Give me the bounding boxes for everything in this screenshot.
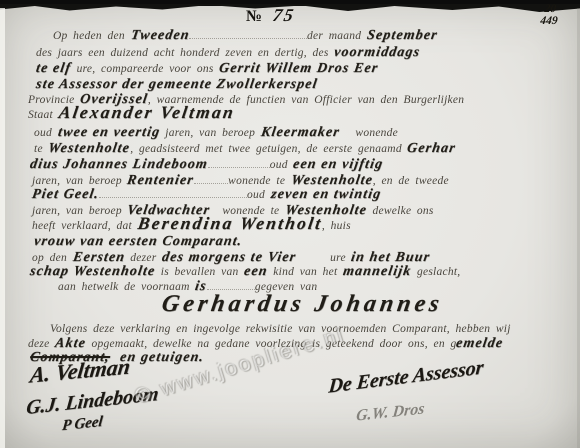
fill-in-blank	[207, 279, 255, 290]
handwritten-text: Westenholte	[47, 142, 131, 156]
fill-in-blank	[296, 251, 330, 261]
handwritten-text: te elf	[35, 62, 72, 76]
printed-form-text: jaren, van beroep	[160, 127, 261, 139]
deed-line: te elf ure, compareerde voor ons Gerrit …	[36, 60, 378, 76]
deed-line: heeft verklaard, dat Berendina Wentholt,…	[32, 215, 351, 233]
document-number-value: 75	[271, 5, 297, 26]
fill-in-blank	[208, 157, 270, 168]
handwritten-text: Gerhardus Johannes	[160, 292, 445, 316]
document-number-label: №	[246, 8, 263, 25]
handwritten-text: een en vijftig	[292, 158, 384, 172]
handwritten-text: Gerhar	[406, 142, 457, 156]
handwritten-text: Tweeden	[129, 29, 190, 43]
folio-note-bottom: 449	[540, 15, 559, 27]
signature-geel: P Geel	[61, 414, 103, 436]
handwritten-text: Berendina Wentholt	[136, 215, 323, 233]
fill-in-blank	[194, 173, 228, 184]
deed-line: des jaars een duizend acht honderd zeven…	[36, 44, 420, 60]
printed-form-text: wonende	[355, 127, 398, 139]
deed-line: ste Assessor der gemeente Zwollerkerspel	[36, 76, 317, 92]
handwritten-text: twee en veertig	[57, 126, 161, 140]
handwritten-text: zeven en twintig	[270, 188, 382, 202]
deed-line: dius Johannes Lindeboomoud een en vijfti…	[30, 156, 383, 172]
deed-line: schap Westenholte is bevallen van een ki…	[30, 263, 460, 279]
deed-line: Piet Geel.oud zeven en twintig	[32, 186, 381, 202]
printed-form-text: Volgens deze verklaring en ingevolge rek…	[50, 323, 511, 335]
fill-in-blank	[189, 28, 307, 39]
handwritten-text: emelde	[455, 337, 504, 351]
handwritten-text: ste Assessor der gemeente Zwollerkerspel	[35, 78, 319, 92]
printed-form-text: , en de tweede	[373, 175, 449, 187]
deed-line: Volgens deze verklaring en ingevolge rek…	[50, 320, 511, 336]
handwritten-text: Gerrit Willem Dros Eer	[218, 62, 379, 76]
printed-form-text: der maand	[307, 30, 367, 42]
printed-form-text: Op heden den	[53, 30, 131, 42]
deed-line: Staat Alexander Veltman	[28, 104, 234, 122]
printed-form-text: oud	[270, 159, 294, 171]
document-number: № 75	[246, 5, 295, 26]
printed-form-text: des jaars een duizend acht honderd zeven…	[36, 47, 334, 59]
deed-line: vrouw van eersten Comparant.	[34, 233, 242, 249]
fill-in-blank	[339, 126, 355, 136]
scanned-deed-page: № 75 20 449 Op heden den Tweedender maan…	[0, 0, 580, 448]
handwritten-text: mannelijk	[342, 265, 412, 279]
folio-note-top: 20	[541, 3, 560, 15]
handwritten-text: schap Westenholte	[29, 265, 156, 279]
printed-form-text: oud	[34, 127, 58, 139]
handwritten-text: voormiddags	[333, 46, 421, 60]
deed-line: te Westenholte, geadsisteerd met twee ge…	[34, 140, 456, 156]
folio-note: 20 449	[540, 3, 560, 27]
printed-form-text: geslacht,	[411, 266, 460, 278]
signature-assessor-title: De Eerste Assessor	[328, 356, 485, 398]
handwritten-text: dius Johannes Lindeboom	[29, 158, 209, 172]
handwritten-text: Alexander Veltman	[57, 104, 236, 122]
fill-in-blank	[99, 187, 247, 198]
printed-form-text: is bevallen van	[155, 266, 244, 278]
deed-line: Op heden den Tweedender maand September	[53, 27, 437, 43]
scan-edge-left	[0, 8, 5, 448]
handwritten-text: vrouw van eersten Comparant.	[33, 235, 243, 249]
printed-form-text: kind van het	[268, 266, 343, 278]
handwritten-text: een	[243, 265, 269, 279]
handwritten-text: September	[366, 29, 439, 43]
printed-form-text: , huis	[322, 220, 351, 232]
printed-form-text: oud	[247, 189, 271, 201]
printed-form-text: heeft verklaard, dat	[32, 220, 138, 232]
handwritten-text: Piet Geel.	[31, 188, 100, 202]
printed-form-text: dewelke ons	[367, 205, 434, 217]
deed-line: Gerhardus Johannes	[162, 292, 443, 316]
handwritten-text: Kleermaker	[260, 126, 341, 140]
deed-line: oud twee en veertig jaren, van beroep Kl…	[34, 124, 398, 140]
signature-dros: G.W. Dros	[355, 400, 425, 425]
printed-form-text: , geadsisteerd met twee getuigen, de eer…	[130, 143, 407, 155]
printed-form-text: ure, compareerde voor ons	[71, 63, 219, 75]
printed-form-text: Staat	[28, 109, 59, 121]
